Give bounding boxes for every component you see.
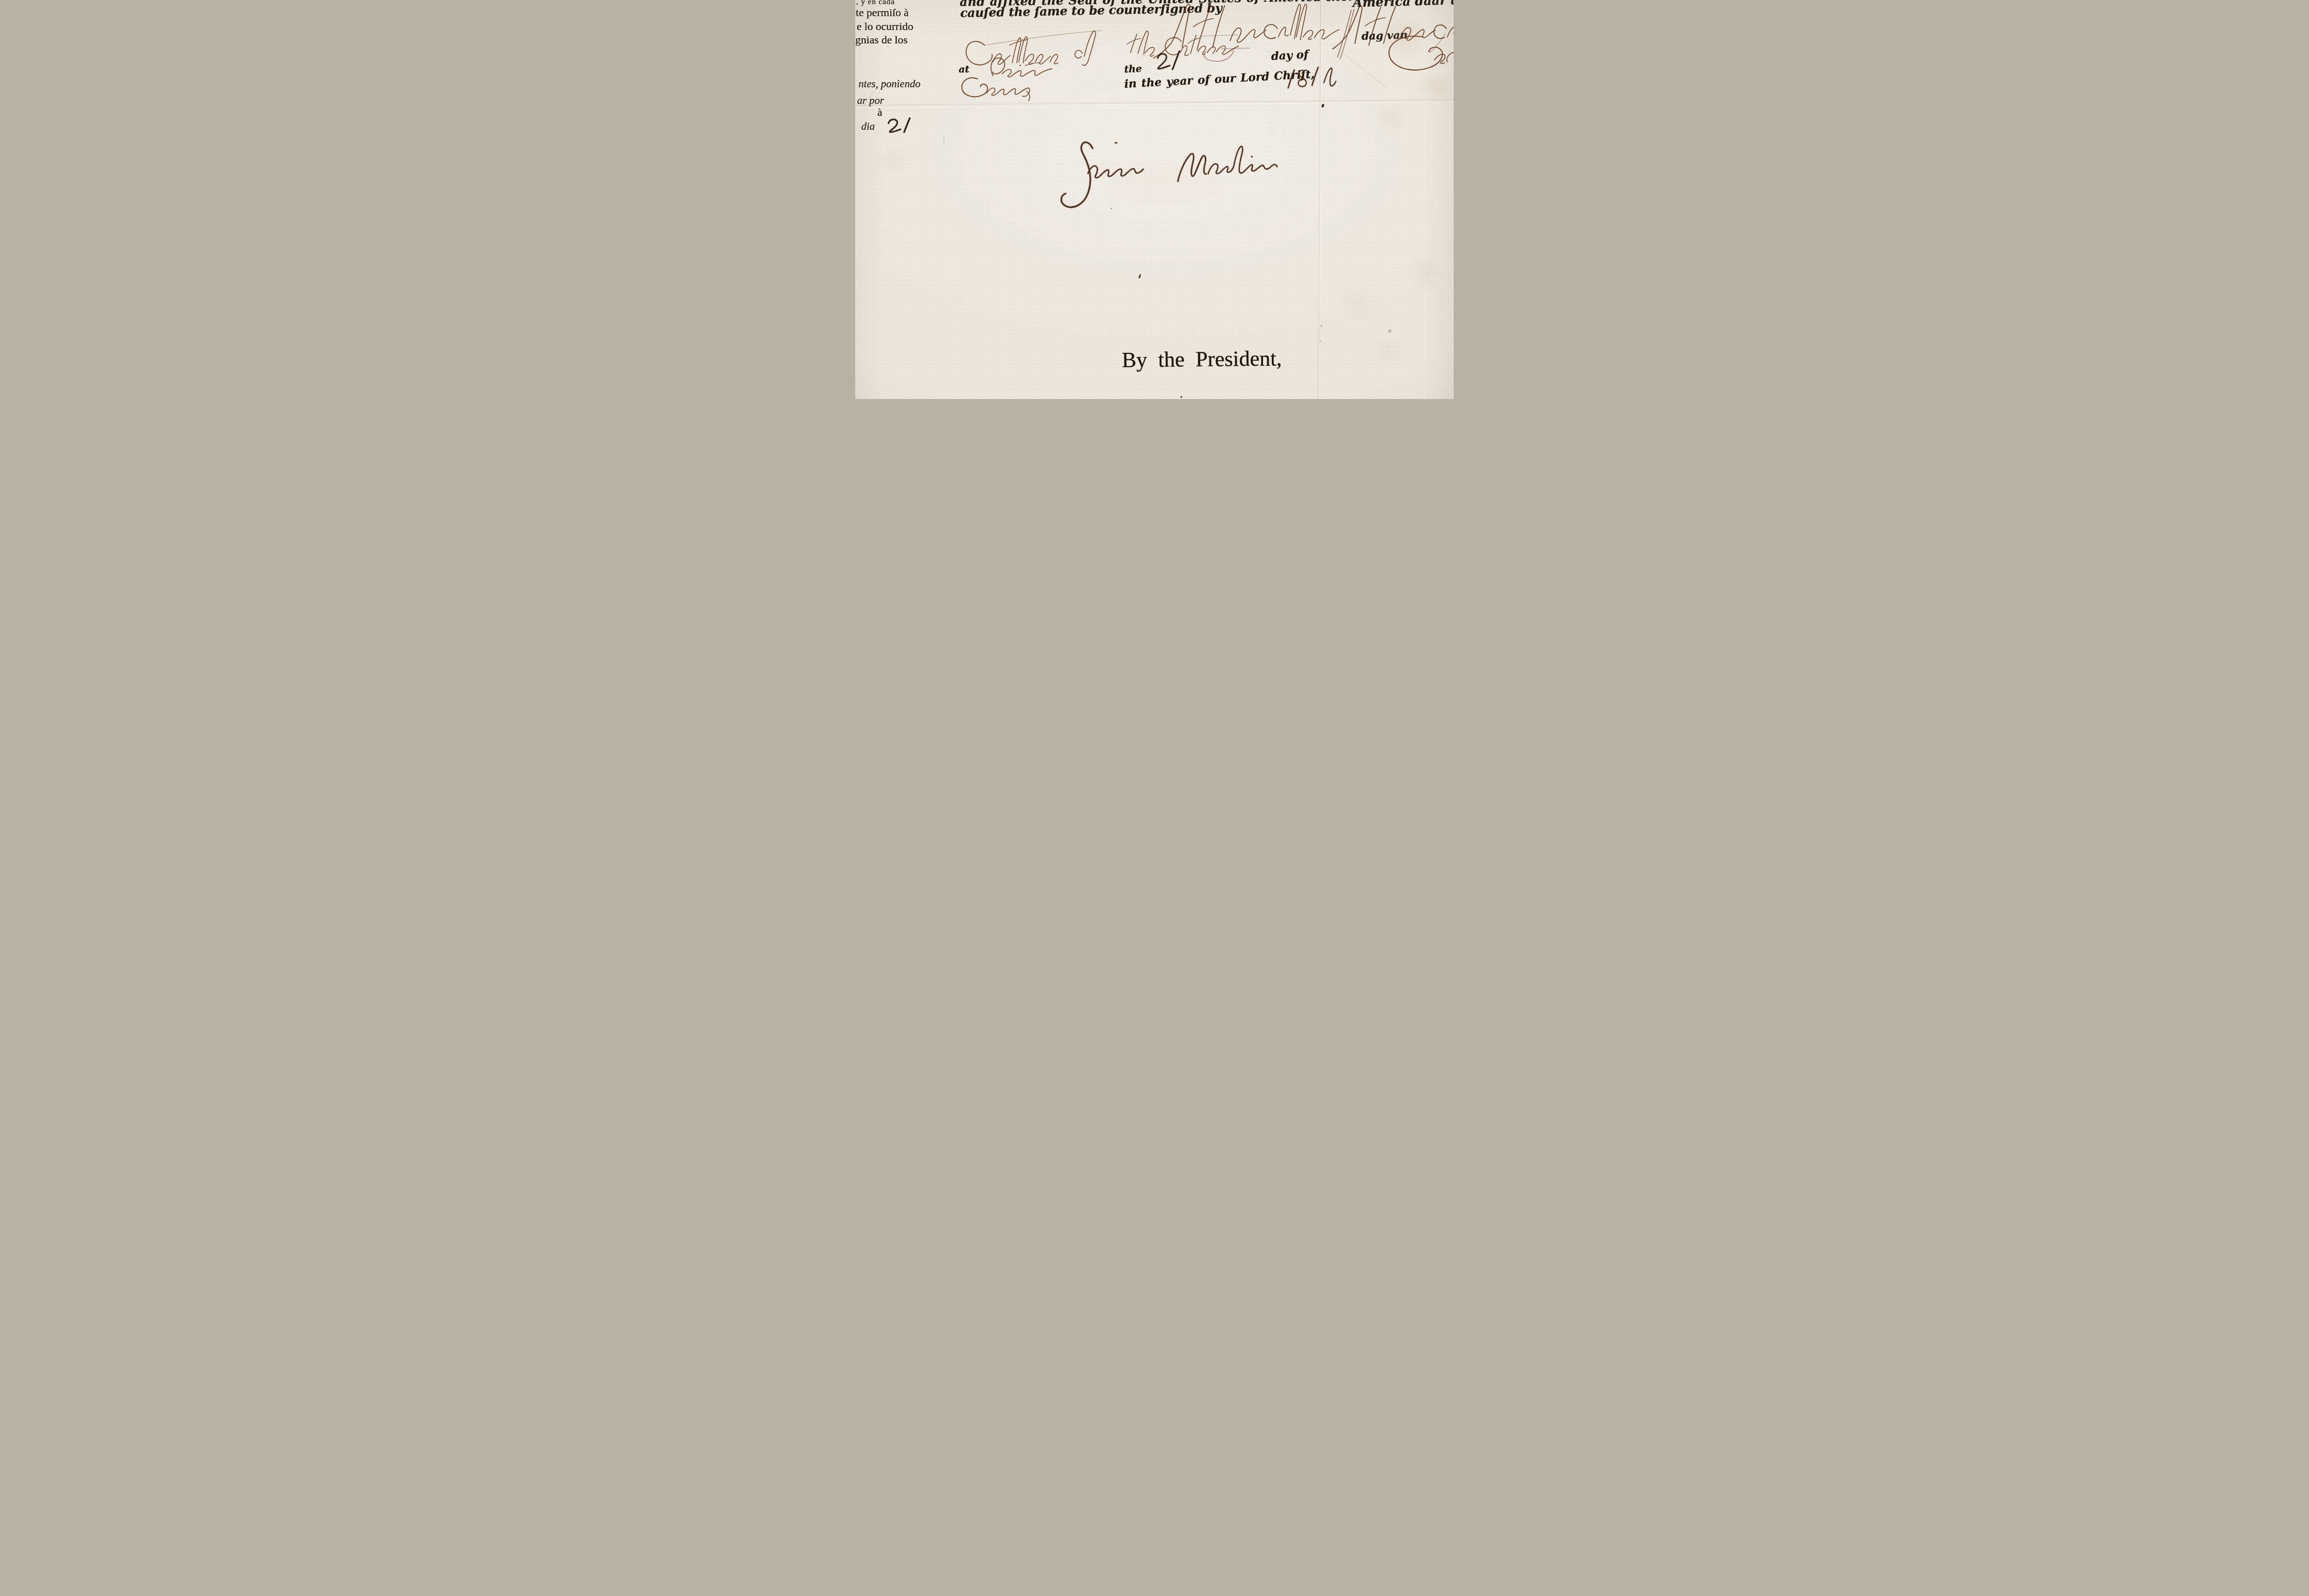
day-of-label: day of: [1271, 49, 1309, 62]
the-label: the: [1124, 64, 1142, 74]
spanish-line-fragment: , y en cada: [856, 0, 895, 6]
month-handwriting-right: [1376, 32, 1454, 76]
document-page: , y en cada te permiſo à e lo ocurrido g…: [855, 0, 1454, 399]
ink-speck: [1321, 103, 1324, 108]
month-handwriting: [957, 71, 1046, 103]
spanish-line-fragment: dia: [861, 121, 875, 132]
ink-speck: [1320, 340, 1321, 342]
ink-speck: [1321, 325, 1322, 326]
president-signature-handwriting: [1038, 132, 1282, 216]
attestation-caption: By the President,: [1122, 348, 1282, 371]
stray-comma-mark: [1138, 274, 1141, 279]
spanish-line-fragment: e lo ocurrido: [857, 21, 913, 32]
spanish-line-fragment: gnias de los: [855, 35, 907, 46]
stray-ink-flourish: [860, 85, 888, 109]
spanish-line-fragment: te permiſo à: [856, 7, 909, 18]
handwritten-day-margin: [884, 117, 911, 134]
horizontal-fold-crease: [855, 98, 1454, 109]
spanish-line-fragment: à: [877, 107, 882, 118]
fiber-mark: [943, 137, 944, 143]
ink-speck-bottom: [1180, 396, 1182, 398]
foxing-spot: [1387, 329, 1392, 333]
year-handwriting: [1282, 63, 1338, 92]
red-dot: [887, 46, 889, 48]
handwritten-day: [1153, 48, 1181, 74]
